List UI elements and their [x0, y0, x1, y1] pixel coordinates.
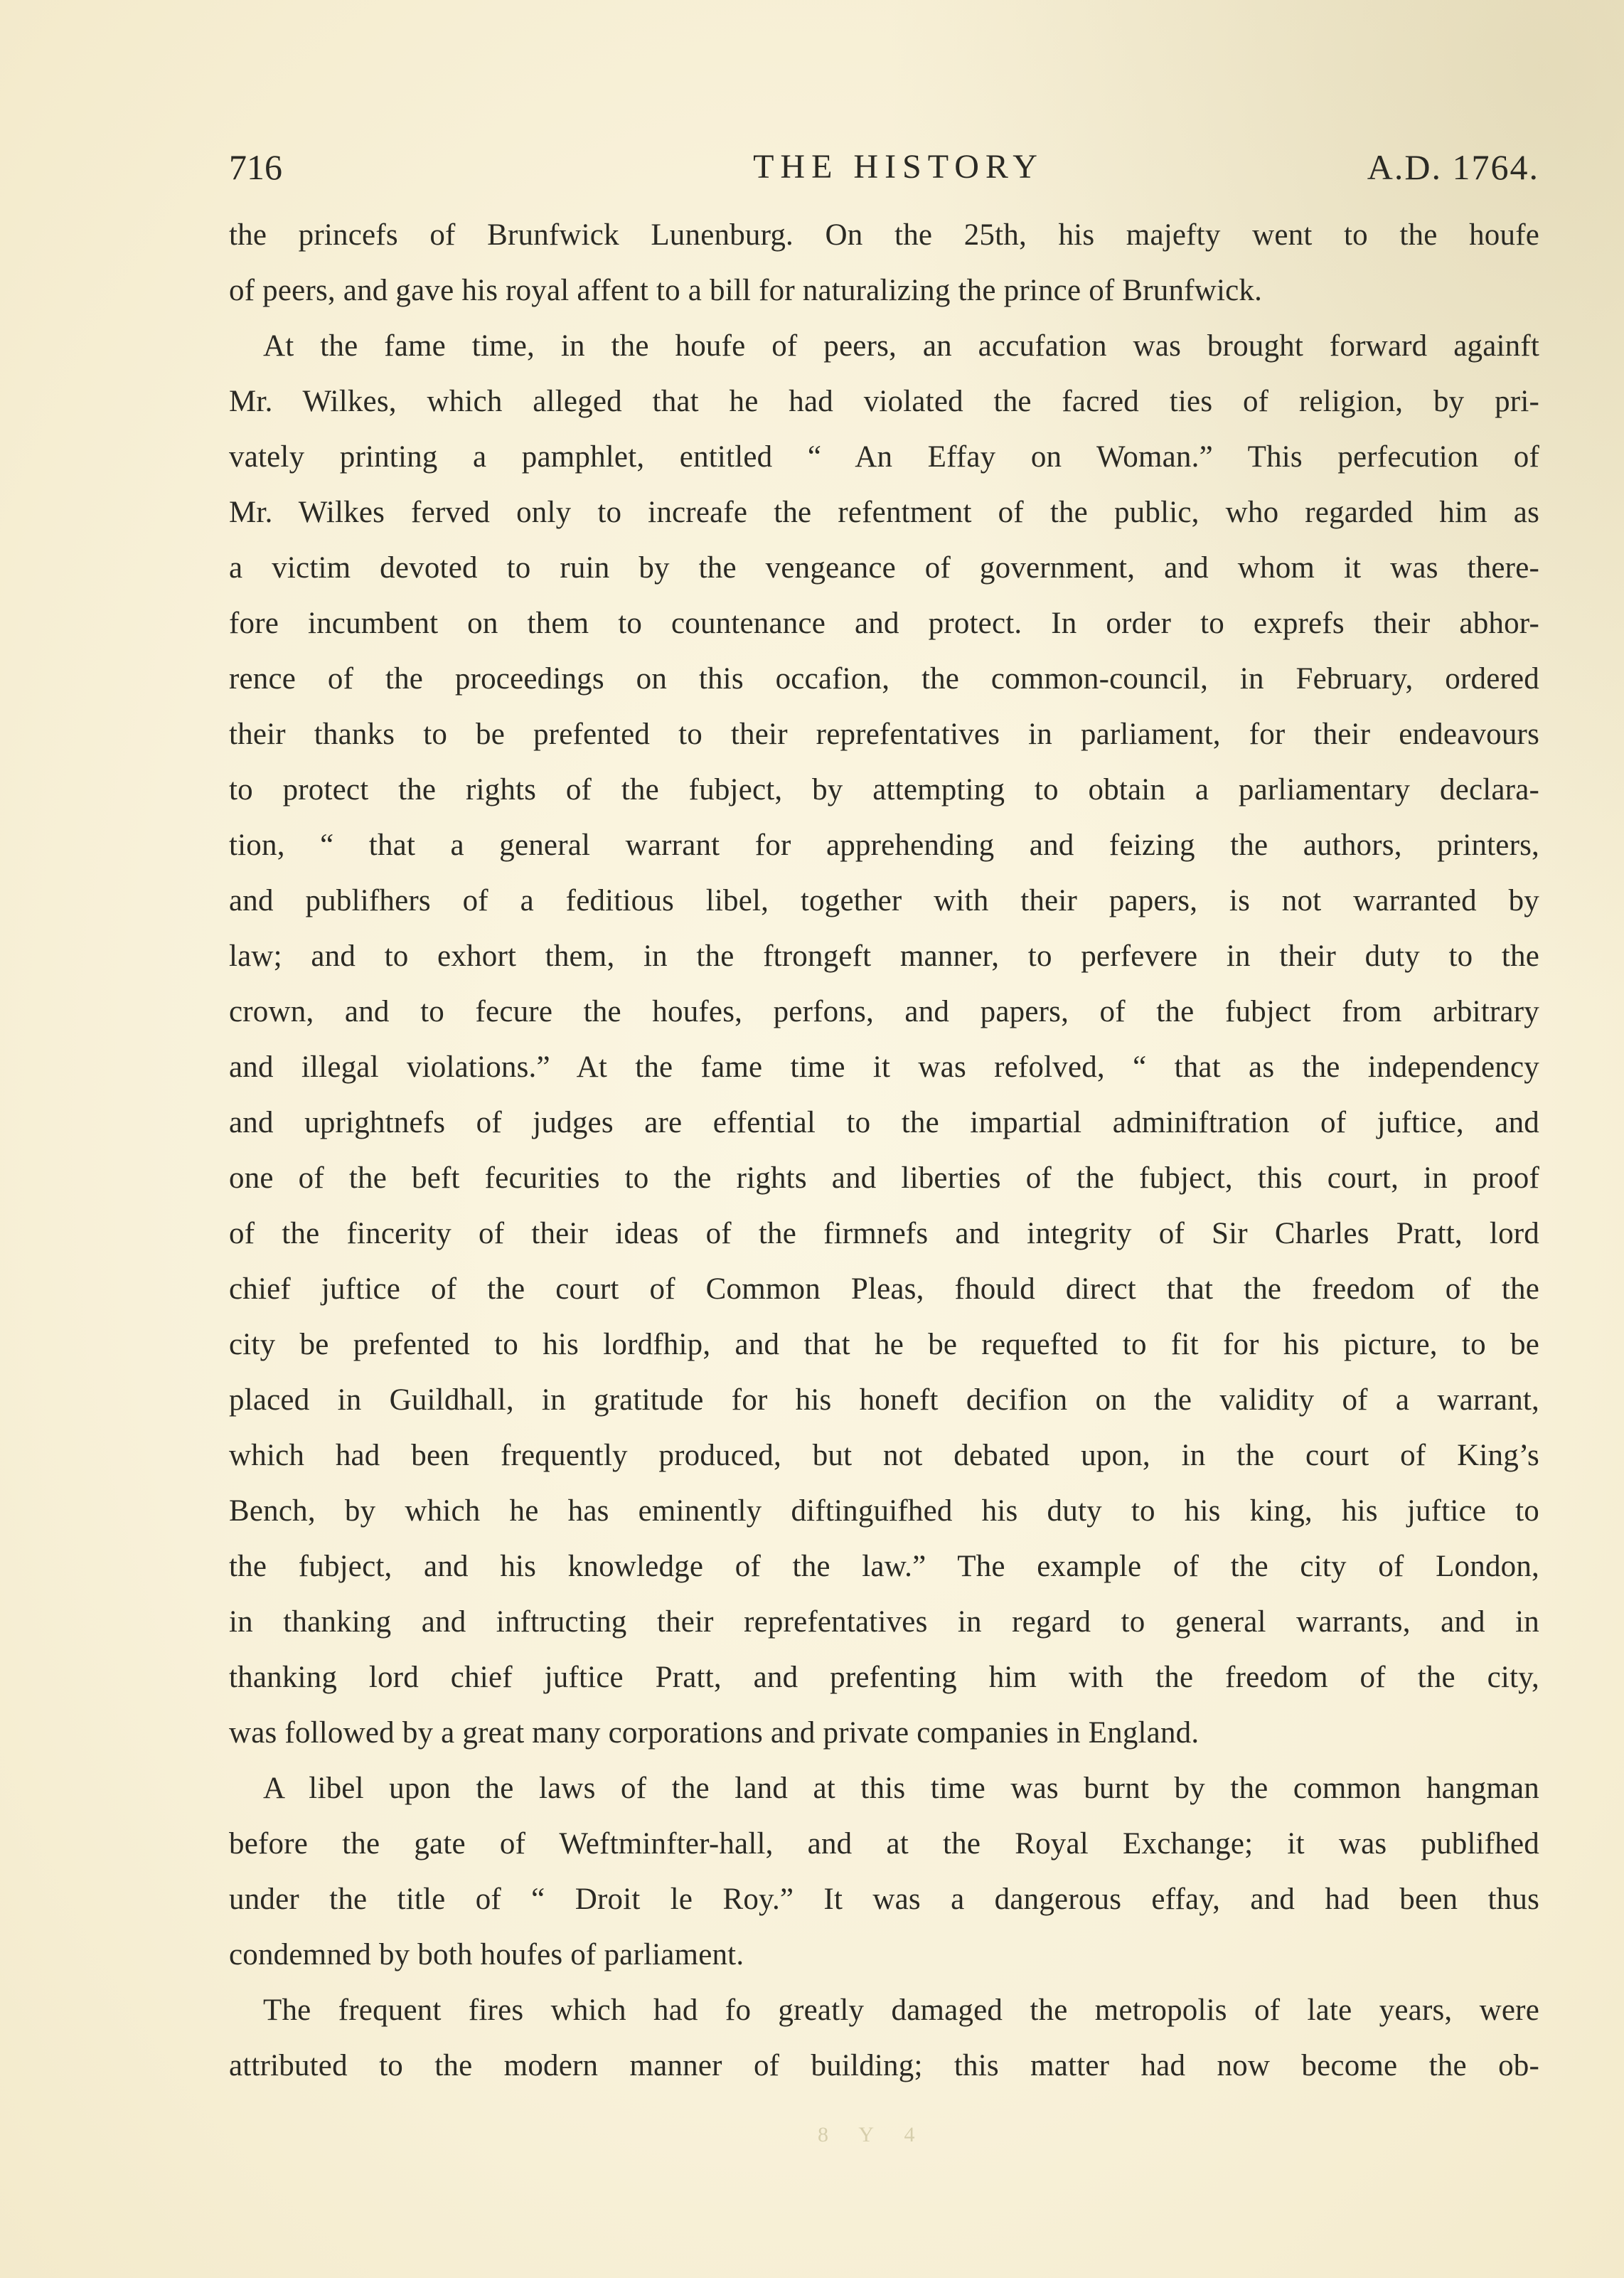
text-line: Mr. Wilkes, which alleged that he had vi…	[229, 374, 1539, 430]
text-line: their thanks to be prefented to their re…	[229, 707, 1539, 762]
year-marker: A.D. 1764.	[1367, 146, 1539, 188]
text-line: condemned by both houfes of parliament.	[229, 1927, 1539, 1983]
text-line: of the fincerity of their ideas of the f…	[229, 1206, 1539, 1262]
text-line: thanking lord chief juftice Pratt, and p…	[229, 1650, 1539, 1705]
paragraph-start-line: A libel upon the laws of the land at thi…	[229, 1761, 1539, 1816]
text-line: chief juftice of the court of Common Ple…	[229, 1262, 1539, 1317]
text-line: of peers, and gave his royal affent to a…	[229, 263, 1539, 319]
text-line: fore incumbent on them to countenance an…	[229, 596, 1539, 651]
body-text: the princefs of Brunfwick Lunenburg. On …	[229, 208, 1539, 2094]
paragraph-start-line: The frequent fires which had fo greatly …	[229, 1983, 1539, 2038]
text-line: was followed by a great many corporation…	[229, 1705, 1539, 1761]
text-line: Bench, by which he has eminently difting…	[229, 1484, 1539, 1539]
running-head: 716 THE HISTORY A.D. 1764.	[229, 146, 1539, 188]
text-line: rence of the proceedings on this occafio…	[229, 651, 1539, 707]
text-line: and uprightnefs of judges are effential …	[229, 1095, 1539, 1151]
text-line: placed in Guildhall, in gratitude for hi…	[229, 1373, 1539, 1428]
paragraph-start-line: At the fame time, in the houfe of peers,…	[229, 319, 1539, 374]
text-line: city be prefented to his lordfhip, and t…	[229, 1317, 1539, 1373]
text-line: attributed to the modern manner of build…	[229, 2038, 1539, 2094]
text-line: one of the beft fecurities to the rights…	[229, 1151, 1539, 1206]
text-line: under the title of “ Droit le Roy.” It w…	[229, 1872, 1539, 1927]
text-line: law; and to exhort them, in the ftrongef…	[229, 929, 1539, 984]
text-line: to protect the rights of the fubject, by…	[229, 762, 1539, 818]
text-line: a victim devoted to ruin by the vengeanc…	[229, 541, 1539, 596]
text-line: vately printing a pamphlet, entitled “ A…	[229, 430, 1539, 485]
signature-mark: 8 Y 4	[818, 2123, 927, 2147]
text-line: which had been frequently produced, but …	[229, 1428, 1539, 1484]
text-line: in thanking and inftructing their repref…	[229, 1595, 1539, 1650]
text-line: tion, “ that a general warrant for appre…	[229, 818, 1539, 873]
running-title: THE HISTORY	[229, 146, 1539, 188]
book-page: 716 THE HISTORY A.D. 1764. the princefs …	[0, 0, 1624, 2278]
text-line: the fubject, and his knowledge of the la…	[229, 1539, 1539, 1595]
text-line: and publifhers of a feditious libel, tog…	[229, 873, 1539, 929]
text-line: crown, and to fecure the houfes, perfons…	[229, 984, 1539, 1040]
text-line: and illegal violations.” At the fame tim…	[229, 1040, 1539, 1095]
text-line: Mr. Wilkes ferved only to increafe the r…	[229, 485, 1539, 541]
text-line: the princefs of Brunfwick Lunenburg. On …	[229, 208, 1539, 263]
text-line: before the gate of Weftminfter-hall, and…	[229, 1816, 1539, 1872]
